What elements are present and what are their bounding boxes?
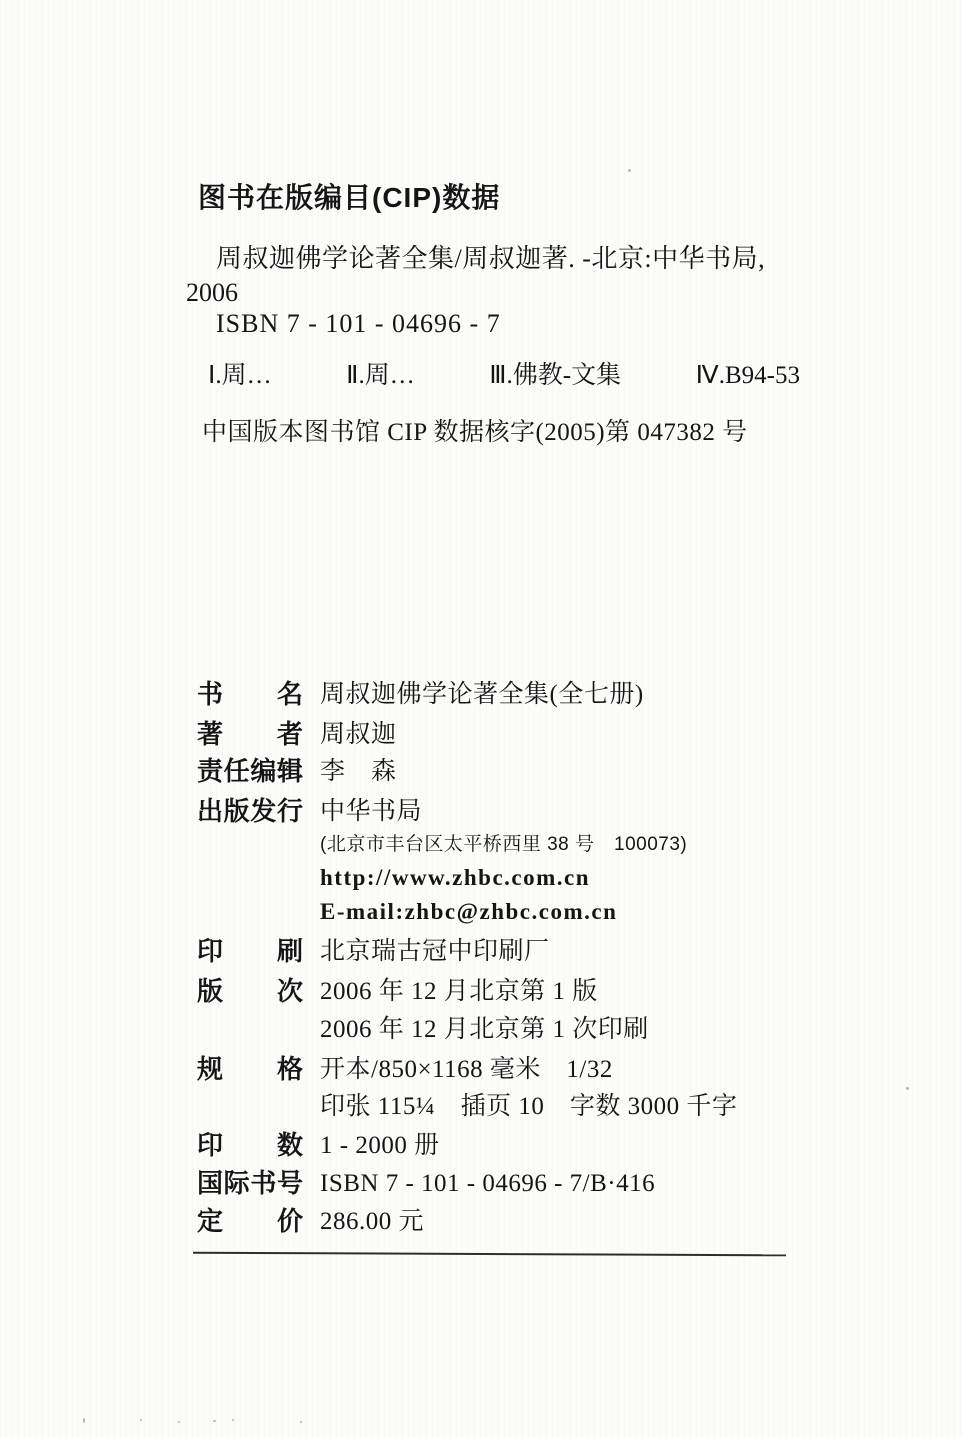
row-value: 开本/850×1168 毫米 1/32 [320, 1055, 613, 1085]
row-value: 李 森 [320, 757, 397, 787]
colophon-row-print-run: 印数 1 - 2000 册 [0, 1130, 962, 1164]
cip-entry-line2: 2006 [186, 277, 238, 310]
publisher-email: E-mail:zhbc@zhbc.com.cn [320, 898, 617, 926]
row-label: 书名 [197, 679, 303, 710]
row-label: 出版发行 [197, 796, 303, 827]
cip-heading: 图书在版编目(CIP)数据 [198, 181, 500, 215]
colophon-row-author: 著者 周叔迦 [0, 719, 962, 753]
scan-speck [906, 1087, 909, 1090]
classification-item-1: Ⅰ.周… [208, 360, 272, 393]
bottom-divider-rule [193, 1252, 786, 1257]
classification-item-3: Ⅲ.佛教-文集 [489, 360, 621, 393]
colophon-row-printer: 印刷 北京瑞古冠中印刷厂 [0, 936, 962, 970]
scan-speck [232, 1419, 234, 1421]
cip-entry-line1: 周叔迦佛学论著全集/周叔迦著. -北京:中华书局, [216, 243, 765, 276]
classification-item-4: Ⅳ.B94-53 [696, 360, 800, 393]
row-label: 责任编辑 [197, 756, 303, 787]
row-label: 印刷 [197, 936, 303, 967]
row-value: 286.00 元 [320, 1207, 424, 1237]
publisher-address: (北京市丰台区太平桥西里 38 号 100073) [320, 834, 687, 857]
scan-speck [213, 1420, 216, 1422]
row-value: 2006 年 12 月北京第 1 版 [320, 977, 598, 1007]
row-label: 国际书号 [197, 1168, 303, 1199]
classification-item-2: Ⅱ.周… [346, 360, 415, 393]
cip-record-line: 中国版本图书馆 CIP 数据核字(2005)第 047382 号 [202, 417, 748, 450]
colophon-row-book-title: 书名 周叔迦佛学论著全集(全七册) [0, 679, 962, 713]
row-value: 北京瑞古冠中印刷厂 [320, 937, 550, 967]
scan-speck [300, 1421, 302, 1423]
row-label: 印数 [197, 1130, 303, 1161]
publisher-website: http://www.zhbc.com.cn [320, 864, 590, 892]
row-label: 规格 [197, 1054, 303, 1085]
row-label: 版次 [197, 976, 303, 1007]
scan-speck [83, 1418, 85, 1423]
scan-speck [178, 1421, 180, 1423]
row-value: 周叔迦 [320, 720, 397, 750]
colophon-row-format: 规格 开本/850×1168 毫米 1/32 [0, 1054, 962, 1088]
colophon-row-editor: 责任编辑 李 森 [0, 756, 962, 790]
edition-printing-line: 2006 年 12 月北京第 1 次印刷 [320, 1015, 649, 1045]
row-value: 中华书局 [320, 797, 422, 827]
colophon-row-price: 定价 286.00 元 [0, 1206, 962, 1240]
colophon-row-isbn: 国际书号 ISBN 7 - 101 - 04696 - 7/B·416 [0, 1168, 962, 1202]
colophon-row-publisher: 出版发行 中华书局 [0, 796, 962, 830]
scan-speck [628, 169, 631, 172]
scan-speck [140, 1419, 142, 1421]
cip-isbn-line: ISBN 7 - 101 - 04696 - 7 [216, 308, 501, 341]
row-label: 著者 [197, 719, 303, 750]
row-value: ISBN 7 - 101 - 04696 - 7/B·416 [320, 1169, 655, 1199]
cip-classification-line: Ⅰ.周… Ⅱ.周… Ⅲ.佛教-文集 Ⅳ.B94-53 [208, 360, 800, 393]
row-label: 定价 [197, 1206, 303, 1237]
colophon-row-edition: 版次 2006 年 12 月北京第 1 版 [0, 976, 962, 1010]
cip-page: 图书在版编目(CIP)数据 周叔迦佛学论著全集/周叔迦著. -北京:中华书局, … [0, 0, 962, 1437]
format-sheets-line: 印张 115¼ 插页 10 字数 3000 千字 [320, 1092, 737, 1122]
row-value: 1 - 2000 册 [320, 1131, 440, 1161]
row-value: 周叔迦佛学论著全集(全七册) [320, 680, 644, 710]
